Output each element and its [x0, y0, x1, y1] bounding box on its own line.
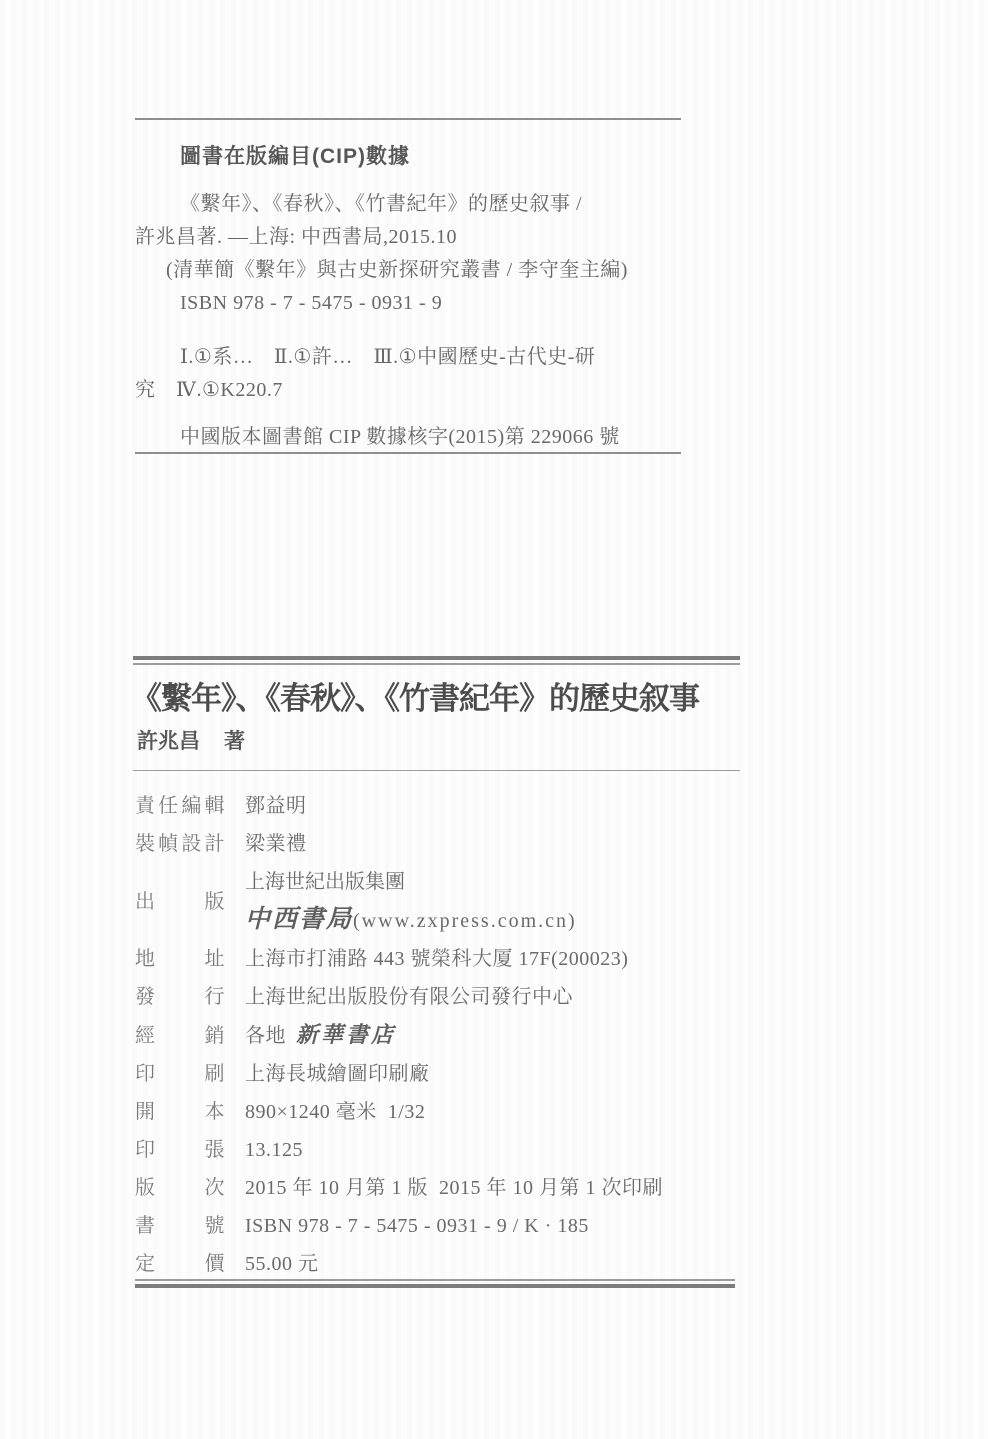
row-book-number: 書號 ISBN 978 - 7 - 5475 - 0931 - 9 / K · …	[135, 1207, 835, 1245]
row-value: 上海世紀出版股份有限公司發行中心	[245, 978, 573, 1016]
row-label: 印刷	[135, 1055, 225, 1093]
cip-data-box: 圖書在版編目(CIP)數據 《繫年》、《春秋》、《竹書紀年》的歷史叙事 / 許兆…	[135, 118, 681, 454]
publisher-brand-line: 中西書局(www.zxpress.com.cn)	[245, 901, 577, 940]
row-label: 發行	[135, 978, 225, 1016]
row-label: 裝幀設計	[135, 825, 225, 863]
row-label: 出版	[135, 883, 225, 921]
row-address: 地址 上海市打浦路 443 號榮科大厦 17F(200023)	[135, 940, 835, 978]
row-value: 各地新華書店	[245, 1016, 396, 1055]
row-printing: 印刷 上海長城繪圖印刷廠	[135, 1055, 835, 1093]
row-label: 印張	[135, 1131, 225, 1169]
cip-series-line: (清華簡《繫年》與古史新探研究叢書 / 李守奎主編)	[135, 254, 681, 287]
row-label: 地址	[135, 940, 225, 978]
double-rule-top	[133, 656, 740, 665]
rule-thick-bar	[133, 656, 740, 660]
row-label: 經銷	[135, 1017, 225, 1055]
cip-classification-line-2: 究 Ⅳ.①K220.7	[135, 374, 681, 407]
colophon-list: 責任編輯 鄧益明 裝幀設計 梁業禮 出版 上海世紀出版集團 中西書局(www.z…	[135, 787, 835, 1283]
row-label: 版次	[135, 1169, 225, 1207]
row-sales: 經銷 各地新華書店	[135, 1016, 835, 1055]
cip-heading: 圖書在版編目(CIP)數據	[180, 140, 681, 170]
rule-thin-bar	[135, 1279, 735, 1281]
row-value: 梁業禮	[245, 825, 307, 863]
row-distribution: 發行 上海世紀出版股份有限公司發行中心	[135, 978, 835, 1016]
row-sheets: 印張 13.125	[135, 1131, 835, 1169]
cip-author-line: 許兆昌著. —上海: 中西書局,2015.10	[135, 221, 681, 254]
sales-prefix: 各地	[245, 1025, 286, 1047]
double-rule-bottom	[135, 1279, 735, 1288]
author-role: 著	[224, 729, 245, 753]
row-format: 開本 890×1240 毫米 1/32	[135, 1093, 835, 1131]
single-rule	[133, 770, 740, 771]
row-designer: 裝幀設計 梁業禮	[135, 825, 835, 863]
sales-brand-logotype: 新華書店	[296, 1022, 396, 1047]
row-value: 上海市打浦路 443 號榮科大厦 17F(200023)	[245, 940, 628, 978]
publisher-group: 上海世紀出版集團	[245, 863, 577, 901]
cip-record-number: 中國版本圖書館 CIP 數據核字(2015)第 229066 號	[135, 421, 681, 454]
publisher-website: (www.zxpress.com.cn)	[353, 910, 577, 932]
publisher-brand-logotype: 中西書局	[245, 906, 353, 933]
row-price: 定價 55.00 元	[135, 1245, 835, 1283]
cip-classification-line-1: Ⅰ.①系… Ⅱ.①許… Ⅲ.①中國歷史-古代史-研	[135, 341, 681, 374]
row-value: 鄧益明	[245, 787, 307, 825]
row-publisher: 出版 上海世紀出版集團 中西書局(www.zxpress.com.cn)	[135, 863, 835, 940]
row-label: 開本	[135, 1093, 225, 1131]
row-label: 書號	[135, 1207, 225, 1245]
row-value: 上海長城繪圖印刷廠	[245, 1055, 430, 1093]
book-author: 許兆昌著	[137, 725, 245, 755]
row-value: 890×1240 毫米 1/32	[245, 1093, 425, 1131]
book-title: 《繫年》、《春秋》、《竹書紀年》的歷史叙事	[131, 673, 756, 718]
row-value: 55.00 元	[245, 1245, 319, 1283]
rule-thin-bar	[133, 663, 740, 665]
publisher-values: 上海世紀出版集團 中西書局(www.zxpress.com.cn)	[245, 863, 577, 940]
rule-thick-bar	[135, 1284, 735, 1288]
row-value: ISBN 978 - 7 - 5475 - 0931 - 9 / K · 185	[245, 1207, 589, 1245]
row-edition: 版次 2015 年 10 月第 1 版 2015 年 10 月第 1 次印刷	[135, 1169, 835, 1207]
row-label: 責任編輯	[135, 787, 225, 825]
scanned-copyright-page: 圖書在版編目(CIP)數據 《繫年》、《春秋》、《竹書紀年》的歷史叙事 / 許兆…	[0, 0, 988, 1439]
cip-isbn-line: ISBN 978 - 7 - 5475 - 0931 - 9	[135, 287, 681, 320]
row-value: 2015 年 10 月第 1 版 2015 年 10 月第 1 次印刷	[245, 1169, 663, 1207]
row-label: 定價	[135, 1245, 225, 1283]
author-name: 許兆昌	[137, 729, 200, 753]
row-editor: 責任編輯 鄧益明	[135, 787, 835, 825]
cip-title-line: 《繫年》、《春秋》、《竹書紀年》的歷史叙事 /	[135, 188, 681, 221]
row-value: 13.125	[245, 1131, 303, 1169]
